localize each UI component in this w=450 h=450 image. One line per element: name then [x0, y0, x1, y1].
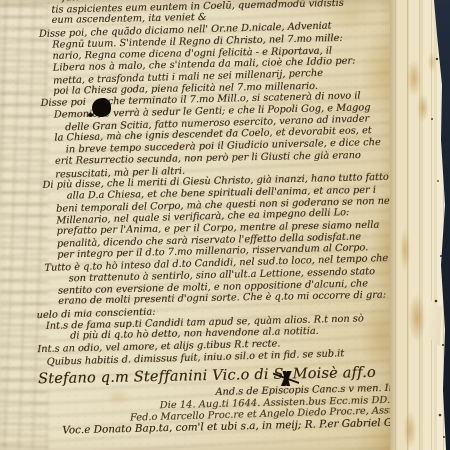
page-edge-stains — [390, 0, 450, 450]
page-edge-specks — [390, 0, 392, 2]
manuscript-page: fatt 7.mo millenario, con quel passo. Vi… — [0, 0, 402, 450]
manuscript-photo: fatt 7.mo millenario, con quel passo. Vi… — [0, 0, 450, 450]
signature-flourish — [273, 371, 299, 386]
book-fore-edge — [390, 0, 450, 450]
ink-blot — [92, 98, 111, 117]
handwritten-text: fatt 7.mo millenario, con quel passo. Vi… — [38, 0, 406, 437]
